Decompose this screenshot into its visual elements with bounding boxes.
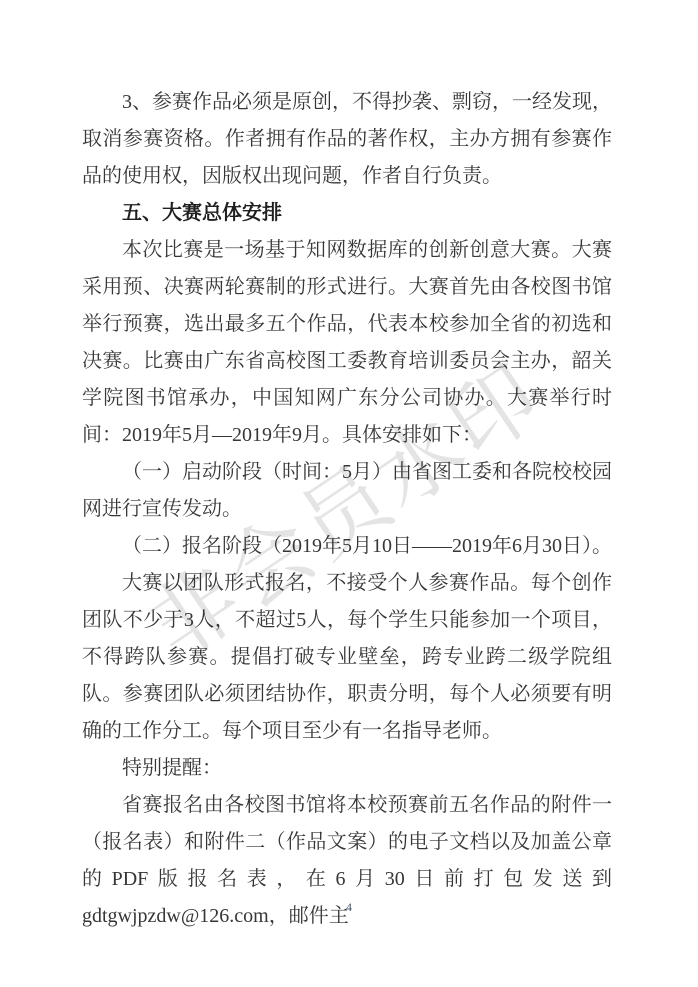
paragraph-team-rules: 大赛以团队形式报名，不接受个人参赛作品。每个创作团队不少于3人，不超过5人，每个…	[82, 565, 612, 750]
paragraph-stage-registration: （二）报名阶段（2019年5月10日——2019年6月30日）。	[82, 528, 612, 565]
document-body: 3、参赛作品必须是原创，不得抄袭、剽窃，一经发现，取消参赛资格。作者拥有作品的著…	[82, 84, 612, 935]
paragraph-special-reminder: 特别提醒：	[82, 750, 612, 787]
paragraph-stage-launch: （一）启动阶段（时间：5月）由省图工委和各院校校园网进行宣传发动。	[82, 454, 612, 528]
paragraph-rule-3: 3、参赛作品必须是原创，不得抄袭、剽窃，一经发现，取消参赛资格。作者拥有作品的著…	[82, 84, 612, 195]
page-number: 4	[346, 900, 352, 914]
paragraph-overview: 本次比赛是一场基于知网数据库的创新创意大赛。大赛采用预、决赛两轮赛制的形式进行。…	[82, 232, 612, 454]
section-heading-5: 五、大赛总体安排	[82, 195, 612, 232]
page-footer: 4	[0, 898, 698, 916]
document-page: 非会员水印 3、参赛作品必须是原创，不得抄袭、剽窃，一经发现，取消参赛资格。作者…	[0, 0, 698, 987]
